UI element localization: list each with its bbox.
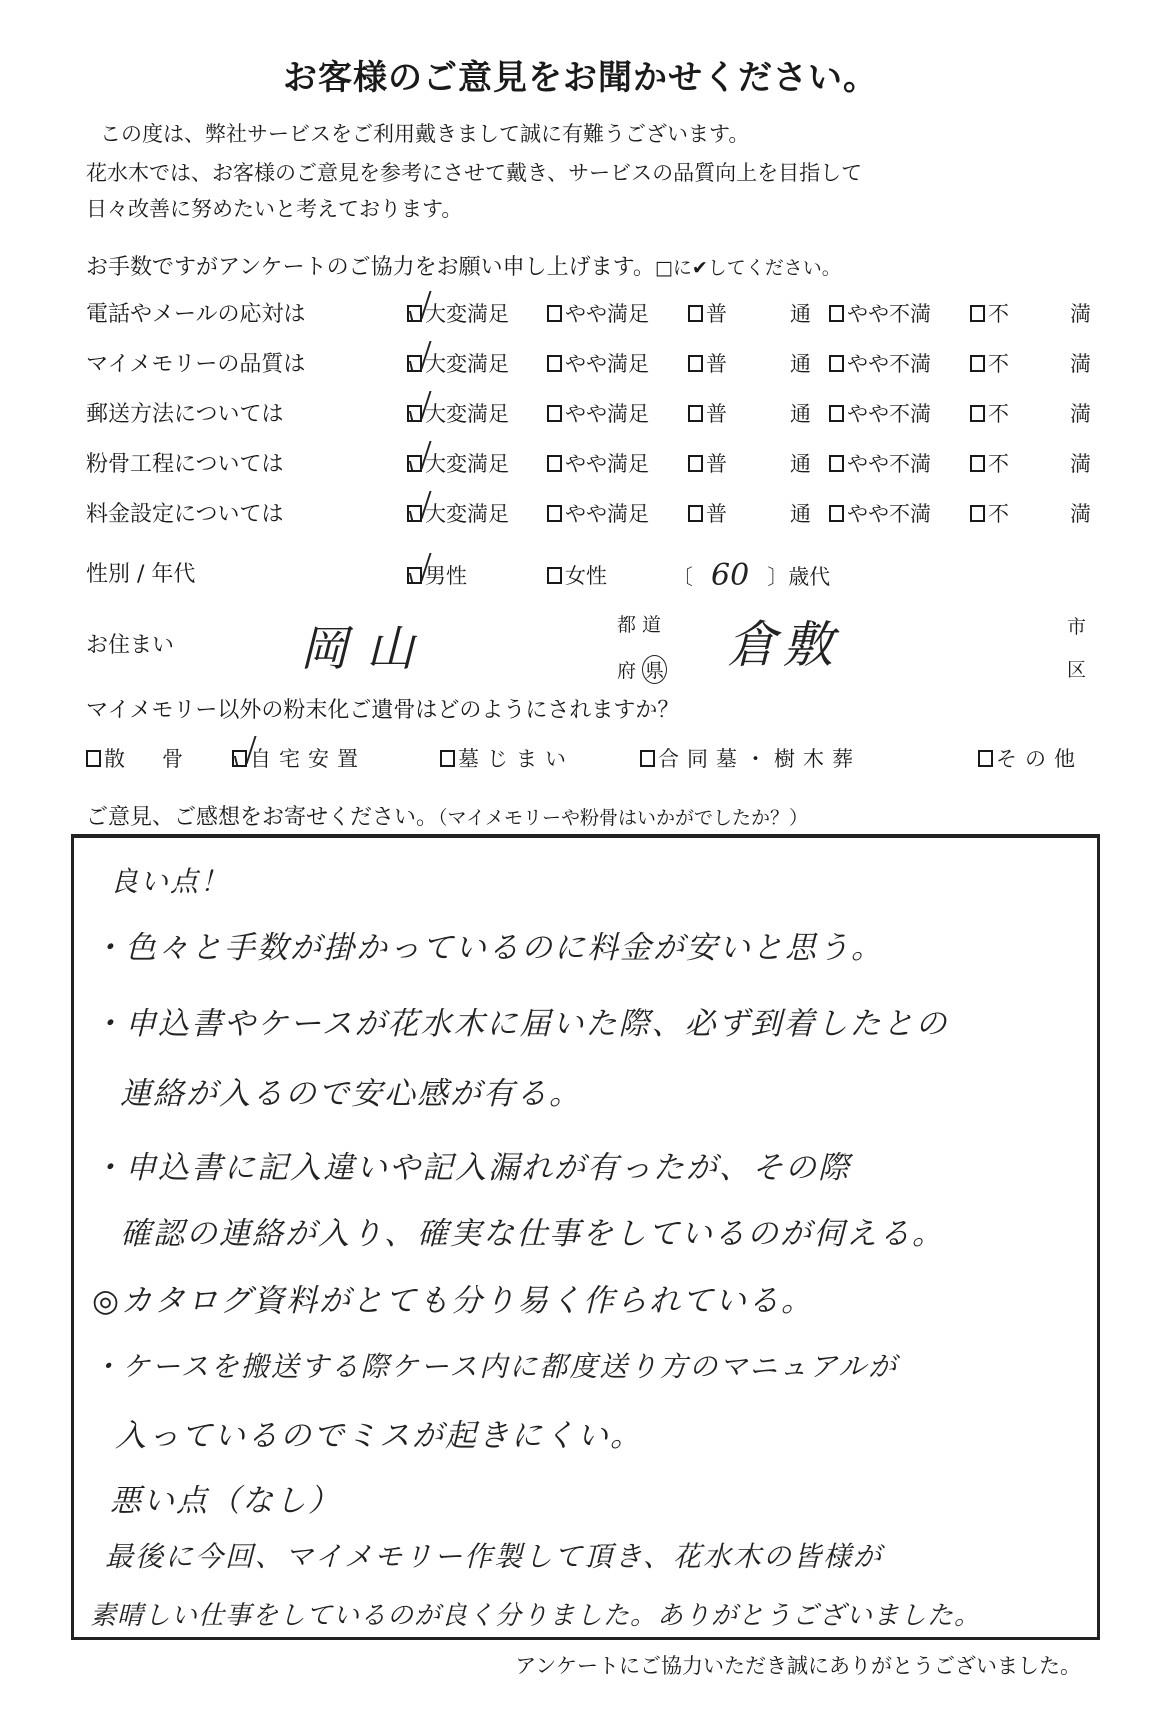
option-normal[interactable]: 普 bbox=[688, 498, 727, 528]
footer-thanks: アンケートにご協力いただき誠にありがとうございました。 bbox=[515, 1650, 1081, 1680]
checkbox-checked[interactable] bbox=[407, 567, 422, 584]
option-dissatisfied-tail: 満 bbox=[1070, 348, 1091, 378]
option-dissatisfied-tail: 満 bbox=[1070, 398, 1091, 428]
checkbox[interactable] bbox=[829, 355, 844, 372]
handwritten-line: 入っているのでミスが起きにくい。 bbox=[115, 1410, 643, 1455]
option-other[interactable]: その他 bbox=[978, 743, 1083, 773]
option-dissatisfied[interactable]: 不 bbox=[970, 498, 1009, 528]
option-dissatisfied-tail: 満 bbox=[1070, 448, 1091, 478]
option-normal-tail: 通 bbox=[790, 498, 811, 528]
handwritten-line: ・色々と手数が掛かっているのに料金が安いと思う。 bbox=[92, 922, 884, 967]
gender-female-option[interactable]: 女性 bbox=[547, 560, 607, 590]
option-very-satisfied[interactable]: 大変満足 bbox=[407, 448, 509, 478]
checkbox[interactable] bbox=[547, 405, 562, 422]
survey-instruction: お手数ですがアンケートのご協力をお願い申し上げます。□に✔してください。 bbox=[86, 250, 841, 281]
checkbox[interactable] bbox=[970, 505, 985, 522]
gender-age-label: 性別 / 年代 bbox=[86, 557, 195, 588]
residence-label: お住まい bbox=[86, 628, 174, 659]
option-somewhat-dissatisfied[interactable]: やや不満 bbox=[829, 398, 931, 428]
handwritten-line: ・申込書に記入違いや記入漏れが有ったが、その際 bbox=[92, 1142, 851, 1187]
option-dissatisfied-tail: 満 bbox=[1070, 498, 1091, 528]
gender-male-option[interactable]: 男性 bbox=[407, 560, 467, 590]
option-grave-close[interactable]: 墓じまい bbox=[440, 743, 574, 773]
option-dissatisfied[interactable]: 不 bbox=[970, 298, 1009, 328]
checkbox[interactable] bbox=[547, 567, 562, 584]
intro-line-1: この度は、弊社サービスをご利用戴きまして誠に有難うございます。 bbox=[100, 118, 749, 148]
age-value[interactable]: 60 bbox=[711, 558, 749, 593]
intro-line-2: 花水木では、お客様のご意見を参考にさせて戴き、サービスの品質向上を目指して bbox=[86, 157, 862, 187]
option-somewhat-satisfied[interactable]: やや満足 bbox=[547, 348, 649, 378]
option-somewhat-dissatisfied[interactable]: やや不満 bbox=[829, 348, 931, 378]
handwritten-line: 最後に今回、マイメモリー作製して頂き、花水木の皆様が bbox=[105, 1535, 883, 1575]
checkbox[interactable] bbox=[547, 505, 562, 522]
checkbox[interactable] bbox=[970, 405, 985, 422]
option-somewhat-satisfied[interactable]: やや満足 bbox=[547, 448, 649, 478]
checkbox[interactable] bbox=[970, 355, 985, 372]
checkbox[interactable] bbox=[547, 455, 562, 472]
handwritten-line: 確認の連絡が入り、確実な仕事をしているのが伺える。 bbox=[120, 1208, 945, 1253]
checkbox-checked[interactable] bbox=[407, 455, 422, 472]
checkbox[interactable] bbox=[547, 355, 562, 372]
bracket-open: 〔 bbox=[672, 561, 693, 591]
checkbox[interactable] bbox=[829, 405, 844, 422]
option-dissatisfied[interactable]: 不 bbox=[970, 398, 1009, 428]
checkbox[interactable] bbox=[829, 305, 844, 322]
checkbox-checked[interactable] bbox=[407, 405, 422, 422]
option-dissatisfied[interactable]: 不 bbox=[970, 448, 1009, 478]
option-home[interactable]: 自宅安置 bbox=[232, 743, 366, 773]
option-normal-tail: 通 bbox=[790, 298, 811, 328]
question-label: マイメモリーの品質は bbox=[86, 347, 305, 378]
handwritten-line: ・申込書やケースが花水木に届いた際、必ず到着したとの bbox=[92, 998, 948, 1043]
instruction-text: お手数ですがアンケートのご協力をお願い申し上げます。 bbox=[86, 255, 655, 280]
handwritten-line: ・ケースを搬送する際ケース内に都度送り方のマニュアルが bbox=[92, 1345, 898, 1385]
question-label: 郵送方法については bbox=[86, 397, 284, 428]
checkbox[interactable] bbox=[688, 305, 703, 322]
option-somewhat-dissatisfied[interactable]: やや不満 bbox=[829, 448, 931, 478]
question-label: 粉骨工程については bbox=[86, 447, 284, 478]
checkbox[interactable] bbox=[970, 305, 985, 322]
option-somewhat-dissatisfied[interactable]: やや不満 bbox=[829, 298, 931, 328]
checkbox[interactable] bbox=[440, 750, 455, 767]
option-very-satisfied[interactable]: 大変満足 bbox=[407, 498, 509, 528]
option-normal[interactable]: 普 bbox=[688, 448, 727, 478]
bracket-close: 〕 bbox=[767, 561, 788, 591]
city-value[interactable]: 倉敷 bbox=[727, 605, 839, 677]
option-normal[interactable]: 普 bbox=[688, 298, 727, 328]
option-somewhat-dissatisfied[interactable]: やや不満 bbox=[829, 498, 931, 528]
checkbox-checked[interactable] bbox=[232, 750, 247, 767]
option-somewhat-satisfied[interactable]: やや満足 bbox=[547, 498, 649, 528]
option-normal-tail: 通 bbox=[790, 448, 811, 478]
option-normal-tail: 通 bbox=[790, 348, 811, 378]
pref-suffix-top: 都道 bbox=[617, 610, 667, 637]
option-joint-grave[interactable]: 合同墓・樹木葬 bbox=[640, 743, 861, 773]
checkbox[interactable] bbox=[688, 455, 703, 472]
option-very-satisfied[interactable]: 大変満足 bbox=[407, 348, 509, 378]
checkbox[interactable] bbox=[829, 505, 844, 522]
checkbox[interactable] bbox=[970, 455, 985, 472]
handwritten-line: 連絡が入るので安心感が有る。 bbox=[120, 1068, 582, 1113]
age-field[interactable]: 〔 60 〕 歳代 bbox=[672, 558, 830, 593]
question-label: 料金設定については bbox=[86, 497, 284, 528]
checkbox-checked[interactable] bbox=[407, 305, 422, 322]
option-somewhat-satisfied[interactable]: やや満足 bbox=[547, 398, 649, 428]
checkbox[interactable] bbox=[640, 750, 655, 767]
page-title: お客様のご意見をお聞かせください。 bbox=[0, 50, 1161, 99]
prefecture-value[interactable]: 岡山 bbox=[300, 610, 432, 679]
checkbox[interactable] bbox=[688, 355, 703, 372]
city-suffix-top: 市 bbox=[1067, 612, 1086, 639]
age-suffix: 歳代 bbox=[788, 561, 830, 591]
checkbox[interactable] bbox=[547, 305, 562, 322]
checkbox[interactable] bbox=[688, 505, 703, 522]
check-hint: □に✔してください。 bbox=[655, 257, 841, 279]
question-label: 電話やメールの応対は bbox=[86, 297, 306, 328]
checkbox[interactable] bbox=[86, 750, 101, 767]
option-normal[interactable]: 普 bbox=[688, 398, 727, 428]
checkbox-checked[interactable] bbox=[407, 355, 422, 372]
handwritten-line: 悪い点（なし） bbox=[110, 1475, 341, 1520]
option-normal[interactable]: 普 bbox=[688, 348, 727, 378]
option-dissatisfied[interactable]: 不 bbox=[970, 348, 1009, 378]
comments-prompt: ご意見、ご感想をお寄せください。（マイメモリーや粉骨はいかがでしたか？） bbox=[86, 800, 808, 831]
option-scatter[interactable]: 散 骨 bbox=[86, 743, 191, 773]
option-very-satisfied[interactable]: 大変満足 bbox=[407, 398, 509, 428]
handwritten-line: 素晴しい仕事をしているのが良く分りました。ありがとうございました。 bbox=[90, 1595, 981, 1632]
option-somewhat-satisfied[interactable]: やや満足 bbox=[547, 298, 649, 328]
pref-selected-circle[interactable]: 県 bbox=[642, 655, 667, 684]
checkbox[interactable] bbox=[688, 405, 703, 422]
intro-line-3: 日々改善に努めたいと考えております。 bbox=[86, 193, 462, 223]
handwritten-line: 良い点！ bbox=[110, 860, 230, 900]
other-remains-question: マイメモリー以外の粉末化ご遺骨はどのようにされますか？ bbox=[86, 693, 679, 724]
option-dissatisfied-tail: 満 bbox=[1070, 298, 1091, 328]
pref-suffix-bottom: 府 県 bbox=[617, 655, 667, 684]
handwritten-line: ◎カタログ資料がとても分り易く作られている。 bbox=[92, 1275, 814, 1320]
option-very-satisfied[interactable]: 大変満足 bbox=[407, 298, 509, 328]
checkbox-checked[interactable] bbox=[407, 505, 422, 522]
option-normal-tail: 通 bbox=[790, 398, 811, 428]
checkbox[interactable] bbox=[829, 455, 844, 472]
checkbox[interactable] bbox=[978, 750, 993, 767]
city-suffix-bottom: 区 bbox=[1067, 655, 1086, 682]
